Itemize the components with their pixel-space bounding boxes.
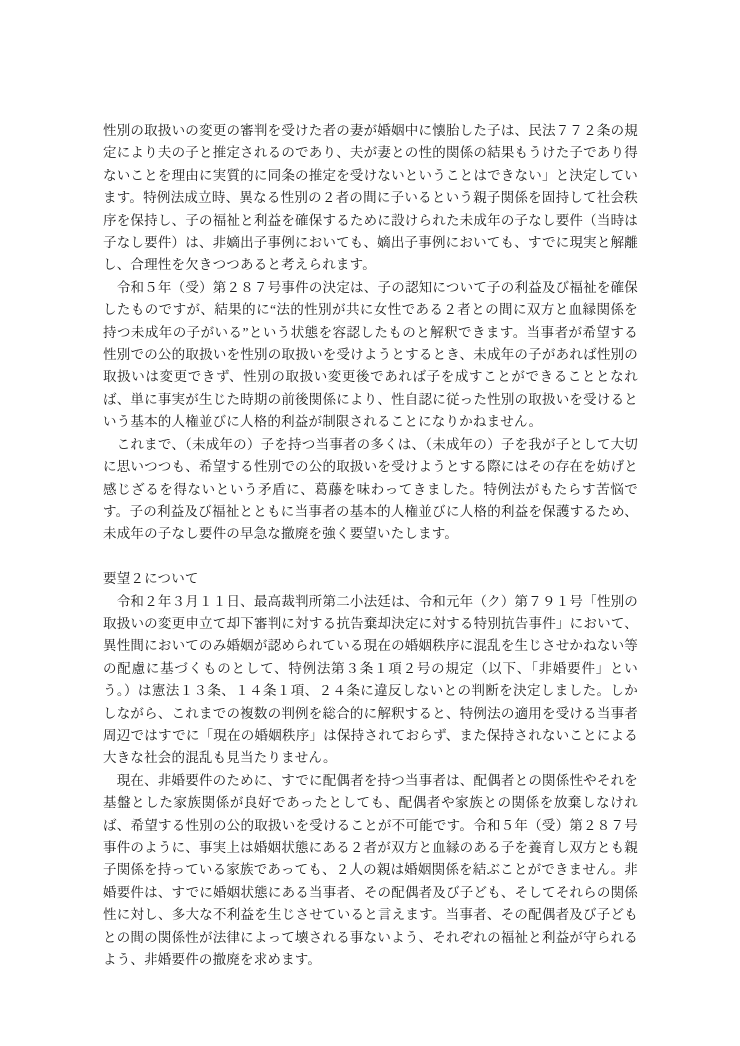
paragraph-request1-conclusion: これまで、（未成年の）子を持つ当事者の多くは、（未成年の）子を我が子として大切に… xyxy=(103,434,638,546)
paragraph-request2-conclusion: 現在、非婚要件のために、すでに配偶者を持つ当事者は、配偶者との関係性やそれを基盤… xyxy=(103,770,638,972)
paragraph-supreme-court-ruling: 令和２年３月１１日、最高裁判所第二小法廷は、令和元年（ク）第７９１号「性別の取扱… xyxy=(103,591,638,770)
document-page: 性別の取扱いの変更の審判を受けた者の妻が婚姻中に懐胎した子は、民法７７２条の規定… xyxy=(0,0,740,1046)
section-heading-request2: 要望２について xyxy=(103,568,638,590)
document-body: 性別の取扱いの変更の審判を受けた者の妻が婚姻中に懐胎した子は、民法７７２条の規定… xyxy=(103,120,638,971)
paragraph-continuation: 性別の取扱いの変更の審判を受けた者の妻が婚姻中に懐胎した子は、民法７７２条の規定… xyxy=(103,120,638,277)
paragraph-case-287-decision: 令和５年（受）第２８７号事件の決定は、子の認知について子の利益及び福祉を確保した… xyxy=(103,277,638,434)
